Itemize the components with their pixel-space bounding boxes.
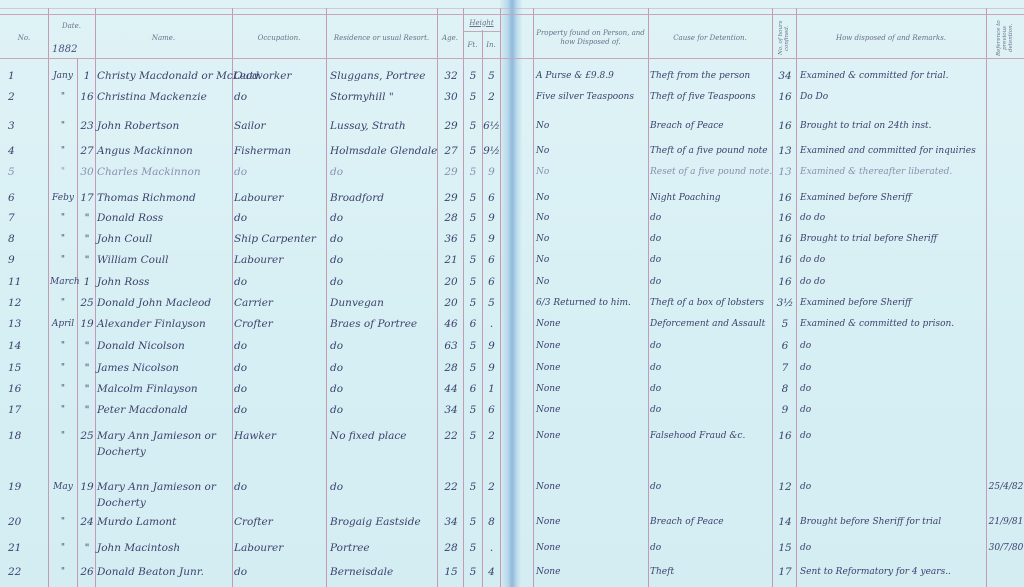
cell-day: " (79, 362, 95, 374)
cell-in: 5 (483, 297, 500, 309)
cell-hours: 15 (774, 542, 796, 554)
cell-age: 30 (439, 91, 463, 103)
cell-in: 5 (483, 70, 500, 82)
cell-occupation: Fisherman (234, 145, 326, 157)
cell-no: 16 (8, 383, 38, 395)
col-rule (95, 8, 96, 587)
cell-day: 30 (79, 166, 95, 178)
col-rule (437, 8, 438, 587)
cell-month: " (50, 145, 76, 157)
cell-month: April (50, 318, 76, 330)
cell-disposal: Brought to trial before Sheriff (800, 233, 986, 245)
cell-disposal: do (800, 430, 986, 442)
cell-month: " (50, 404, 76, 416)
cell-ref: 21/9/81 (988, 516, 1024, 528)
cell-name-continued: Docherty (97, 446, 146, 458)
cell-disposal: do (800, 340, 986, 352)
cell-occupation: Sailor (234, 120, 326, 132)
cell-day: " (79, 340, 95, 352)
cell-cause: do (650, 212, 772, 224)
cell-month: " (50, 91, 76, 103)
cell-month: " (50, 383, 76, 395)
cell-disposal: do (800, 542, 986, 554)
cell-name: John Macintosh (97, 542, 232, 554)
cell-day: 1 (79, 70, 95, 82)
header-year: 1882 (52, 44, 77, 55)
cell-name-continued: Docherty (97, 497, 146, 509)
header-residence: Residence or usual Resort. (326, 18, 437, 58)
cell-occupation: do (234, 362, 326, 374)
cell-name: Malcolm Finlayson (97, 383, 232, 395)
cell-disposal: do (800, 383, 986, 395)
cell-cause: Deforcement and Assault (650, 318, 772, 330)
cell-ft: 5 (464, 542, 482, 554)
cell-no: 1 (8, 70, 38, 82)
cell-occupation: Outworker (234, 70, 326, 82)
cell-month: May (50, 481, 76, 493)
cell-disposal: Brought before Sheriff for trial (800, 516, 986, 528)
cell-ft: 5 (464, 481, 482, 493)
cell-residence: do (330, 212, 437, 224)
col-rule (326, 8, 327, 587)
header-property: Property found on Person, and how Dispos… (533, 18, 648, 58)
cell-in: . (483, 542, 500, 554)
cell-day: 19 (79, 481, 95, 493)
cell-age: 29 (439, 192, 463, 204)
cell-disposal: Examined & committed for trial. (800, 70, 986, 82)
cell-name: William Coull (97, 254, 232, 266)
cell-no: 7 (8, 212, 38, 224)
cell-occupation: do (234, 566, 326, 578)
cell-no: 3 (8, 120, 38, 132)
header-no: No. (0, 18, 48, 58)
cell-no: 14 (8, 340, 38, 352)
cell-in: 4 (483, 566, 500, 578)
header-hours-confined: No. of hours confined. (772, 18, 796, 58)
cell-day: 16 (79, 91, 95, 103)
header-reference: Reference to previous detention. (986, 18, 1024, 58)
cell-disposal: do do (800, 212, 986, 224)
cell-in: 6 (483, 254, 500, 266)
cell-residence: do (330, 481, 437, 493)
cell-property: No (536, 254, 648, 266)
cell-age: 34 (439, 516, 463, 528)
cell-occupation: do (234, 212, 326, 224)
cell-occupation: Crofter (234, 318, 326, 330)
cell-month: " (50, 212, 76, 224)
cell-name: Donald John Macleod (97, 297, 232, 309)
cell-ft: 5 (464, 404, 482, 416)
cell-cause: do (650, 481, 772, 493)
cell-age: 44 (439, 383, 463, 395)
col-rule (648, 8, 649, 587)
cell-cause: Theft of a five pound note (650, 145, 772, 157)
cell-age: 46 (439, 318, 463, 330)
cell-day: " (79, 542, 95, 554)
cell-ref: 25/4/82 (988, 481, 1024, 493)
cell-ft: 5 (464, 516, 482, 528)
cell-age: 29 (439, 166, 463, 178)
cell-occupation: Labourer (234, 254, 326, 266)
cell-ft: 5 (464, 566, 482, 578)
cell-hours: 8 (774, 383, 796, 395)
cell-residence: Stormyhill " (330, 91, 437, 103)
cell-disposal: do (800, 362, 986, 374)
cell-name: Alexander Finlayson (97, 318, 232, 330)
cell-residence: do (330, 383, 437, 395)
cell-occupation: do (234, 166, 326, 178)
cell-ft: 5 (464, 362, 482, 374)
cell-ft: 5 (464, 297, 482, 309)
cell-no: 5 (8, 166, 38, 178)
cell-residence: Lussay, Strath (330, 120, 437, 132)
cell-residence: Broadford (330, 192, 437, 204)
cell-no: 11 (8, 276, 38, 288)
cell-residence: do (330, 340, 437, 352)
cell-property: None (536, 318, 648, 330)
cell-ft: 5 (464, 233, 482, 245)
cell-occupation: do (234, 340, 326, 352)
cell-ft: 5 (464, 145, 482, 157)
cell-month: " (50, 542, 76, 554)
cell-month: " (50, 362, 76, 374)
cell-no: 19 (8, 481, 38, 493)
cell-occupation: do (234, 276, 326, 288)
cell-property: No (536, 276, 648, 288)
cell-property: None (536, 542, 648, 554)
cell-no: 15 (8, 362, 38, 374)
cell-name: Christina Mackenzie (97, 91, 232, 103)
cell-no: 21 (8, 542, 38, 554)
cell-age: 28 (439, 212, 463, 224)
cell-age: 36 (439, 233, 463, 245)
header-date: Date. (48, 14, 95, 38)
header-height-ft: Ft. (463, 32, 482, 58)
cell-disposal: Sent to Reformatory for 4 years.. (800, 566, 986, 578)
cell-occupation: Hawker (234, 430, 326, 442)
cell-cause: Theft of a box of lobsters (650, 297, 772, 309)
cell-property: No (536, 120, 648, 132)
cell-residence: Braes of Portree (330, 318, 437, 330)
cell-no: 2 (8, 91, 38, 103)
cell-cause: do (650, 276, 772, 288)
cell-month: " (50, 233, 76, 245)
cell-no: 22 (8, 566, 38, 578)
cell-disposal: Examined before Sheriff (800, 297, 986, 309)
cell-property: None (536, 516, 648, 528)
cell-name: John Coull (97, 233, 232, 245)
cell-month: " (50, 516, 76, 528)
cell-occupation: do (234, 383, 326, 395)
cell-occupation: Crofter (234, 516, 326, 528)
cell-age: 21 (439, 254, 463, 266)
cell-name: Murdo Lamont (97, 516, 232, 528)
cell-cause: do (650, 362, 772, 374)
cell-age: 34 (439, 404, 463, 416)
cell-no: 18 (8, 430, 38, 442)
cell-ft: 5 (464, 70, 482, 82)
cell-property: 6/3 Returned to him. (536, 297, 648, 309)
cell-month: " (50, 340, 76, 352)
header-disposal: How disposed of and Remarks. (796, 18, 986, 58)
cell-in: . (483, 318, 500, 330)
cell-day: 24 (79, 516, 95, 528)
header-top-rule (0, 14, 1024, 15)
cell-day: " (79, 233, 95, 245)
cell-no: 13 (8, 318, 38, 330)
header-height-in: In. (482, 32, 500, 58)
cell-cause: do (650, 383, 772, 395)
cell-property: No (536, 166, 648, 178)
cell-hours: 16 (774, 212, 796, 224)
cell-ft: 5 (464, 276, 482, 288)
cell-name: Peter Macdonald (97, 404, 232, 416)
cell-hours: 13 (774, 166, 796, 178)
cell-no: 17 (8, 404, 38, 416)
cell-month: " (50, 297, 76, 309)
cell-property: No (536, 145, 648, 157)
cell-hours: 13 (774, 145, 796, 157)
cell-month: " (50, 566, 76, 578)
cell-age: 29 (439, 120, 463, 132)
cell-occupation: do (234, 481, 326, 493)
cell-no: 8 (8, 233, 38, 245)
cell-no: 4 (8, 145, 38, 157)
cell-occupation: Labourer (234, 542, 326, 554)
cell-month: March (50, 276, 76, 288)
col-rule (796, 8, 797, 587)
cell-cause: Breach of Peace (650, 120, 772, 132)
top-rule (0, 8, 1024, 9)
cell-residence: Dunvegan (330, 297, 437, 309)
cell-residence: do (330, 166, 437, 178)
cell-day: 25 (79, 297, 95, 309)
cell-cause: Falsehood Fraud &c. (650, 430, 772, 442)
cell-hours: 16 (774, 276, 796, 288)
cell-no: 12 (8, 297, 38, 309)
cell-name: Charles Mackinnon (97, 166, 232, 178)
cell-in: 1 (483, 383, 500, 395)
right-page (508, 0, 1024, 587)
cell-in: 9½ (483, 145, 500, 157)
cell-month: " (50, 120, 76, 132)
cell-ft: 5 (464, 166, 482, 178)
cell-name: Donald Beaton Junr. (97, 566, 232, 578)
cell-day: 23 (79, 120, 95, 132)
cell-name: Donald Ross (97, 212, 232, 224)
cell-disposal: Examined before Sheriff (800, 192, 986, 204)
header-height: Height (463, 16, 500, 30)
cell-cause: do (650, 404, 772, 416)
cell-age: 32 (439, 70, 463, 82)
cell-ft: 5 (464, 120, 482, 132)
cell-occupation: do (234, 91, 326, 103)
cell-hours: 3½ (774, 297, 796, 309)
cell-no: 20 (8, 516, 38, 528)
cell-in: 9 (483, 340, 500, 352)
cell-day: 26 (79, 566, 95, 578)
cell-property: None (536, 481, 648, 493)
cell-ft: 6 (464, 383, 482, 395)
cell-hours: 14 (774, 516, 796, 528)
cell-residence: No fixed place (330, 430, 437, 442)
cell-residence: Portree (330, 542, 437, 554)
cell-occupation: Ship Carpenter (234, 233, 326, 245)
cell-hours: 9 (774, 404, 796, 416)
cell-name: Donald Nicolson (97, 340, 232, 352)
cell-residence: Berneisdale (330, 566, 437, 578)
cell-day: " (79, 212, 95, 224)
cell-name: John Ross (97, 276, 232, 288)
cell-occupation: Carrier (234, 297, 326, 309)
cell-age: 20 (439, 276, 463, 288)
cell-name: Mary Ann Jamieson or (97, 430, 232, 442)
cell-name: James Nicolson (97, 362, 232, 374)
book-spine (500, 0, 522, 587)
cell-residence: do (330, 404, 437, 416)
cell-in: 6 (483, 276, 500, 288)
cell-disposal: do (800, 404, 986, 416)
cell-residence: do (330, 362, 437, 374)
cell-cause: Night Poaching (650, 192, 772, 204)
cell-ft: 5 (464, 340, 482, 352)
cell-hours: 16 (774, 91, 796, 103)
header-name: Name. (95, 18, 232, 58)
cell-day: 27 (79, 145, 95, 157)
cell-disposal: Examined & thereafter liberated. (800, 166, 986, 178)
cell-age: 27 (439, 145, 463, 157)
cell-name: Angus Mackinnon (97, 145, 232, 157)
cell-residence: do (330, 254, 437, 266)
cell-disposal: Examined & committed to prison. (800, 318, 986, 330)
cell-ref: 30/7/80 (988, 542, 1024, 554)
cell-name: Thomas Richmond (97, 192, 232, 204)
header-cause: Cause for Detention. (648, 18, 772, 58)
cell-in: 9 (483, 166, 500, 178)
cell-property: None (536, 566, 648, 578)
cell-hours: 5 (774, 318, 796, 330)
cell-age: 15 (439, 566, 463, 578)
cell-property: None (536, 362, 648, 374)
cell-cause: Breach of Peace (650, 516, 772, 528)
cell-day: " (79, 254, 95, 266)
col-rule (48, 8, 49, 587)
cell-in: 2 (483, 481, 500, 493)
cell-hours: 16 (774, 120, 796, 132)
cell-no: 9 (8, 254, 38, 266)
cell-in: 8 (483, 516, 500, 528)
cell-day: " (79, 383, 95, 395)
cell-in: 6 (483, 192, 500, 204)
col-rule (533, 8, 534, 587)
cell-disposal: Examined and committed for inquiries (800, 145, 986, 157)
cell-in: 9 (483, 233, 500, 245)
cell-hours: 7 (774, 362, 796, 374)
cell-no: 6 (8, 192, 38, 204)
cell-residence: do (330, 233, 437, 245)
cell-disposal: do do (800, 254, 986, 266)
cell-property: A Purse & £9.8.9 (536, 70, 648, 82)
cell-age: 22 (439, 430, 463, 442)
cell-property: Five silver Teaspoons (536, 91, 648, 103)
cell-age: 20 (439, 297, 463, 309)
cell-day: 25 (79, 430, 95, 442)
header-age: Age. (437, 18, 463, 58)
cell-age: 63 (439, 340, 463, 352)
cell-property: None (536, 383, 648, 395)
cell-day: 1 (79, 276, 95, 288)
cell-property: No (536, 192, 648, 204)
cell-cause: do (650, 233, 772, 245)
cell-residence: Brogaig Eastside (330, 516, 437, 528)
col-rule (232, 8, 233, 587)
cell-hours: 17 (774, 566, 796, 578)
cell-ft: 5 (464, 212, 482, 224)
cell-in: 9 (483, 362, 500, 374)
cell-name: John Robertson (97, 120, 232, 132)
cell-name: Mary Ann Jamieson or (97, 481, 232, 493)
cell-month: Feby (50, 192, 76, 204)
cell-age: 28 (439, 362, 463, 374)
cell-occupation: Labourer (234, 192, 326, 204)
col-rule (500, 8, 501, 587)
cell-property: None (536, 430, 648, 442)
cell-day: 17 (79, 192, 95, 204)
cell-hours: 16 (774, 233, 796, 245)
cell-cause: do (650, 542, 772, 554)
cell-ft: 5 (464, 192, 482, 204)
cell-in: 6½ (483, 120, 500, 132)
cell-in: 6 (483, 404, 500, 416)
cell-property: No (536, 212, 648, 224)
cell-hours: 16 (774, 254, 796, 266)
cell-property: No (536, 233, 648, 245)
cell-month: " (50, 254, 76, 266)
cell-hours: 6 (774, 340, 796, 352)
col-rule (986, 8, 987, 587)
cell-month: " (50, 430, 76, 442)
cell-hours: 16 (774, 192, 796, 204)
col-rule (77, 58, 78, 587)
cell-property: None (536, 404, 648, 416)
col-rule (772, 8, 773, 587)
cell-cause: Theft (650, 566, 772, 578)
cell-disposal: Brought to trial on 24th inst. (800, 120, 986, 132)
cell-residence: Holmsdale Glendale (330, 145, 437, 157)
cell-in: 9 (483, 212, 500, 224)
cell-month: " (50, 166, 76, 178)
cell-ft: 5 (464, 254, 482, 266)
cell-age: 22 (439, 481, 463, 493)
cell-ft: 5 (464, 91, 482, 103)
cell-age: 28 (439, 542, 463, 554)
cell-hours: 34 (774, 70, 796, 82)
cell-property: None (536, 340, 648, 352)
cell-disposal: do do (800, 276, 986, 288)
cell-day: " (79, 404, 95, 416)
cell-cause: Theft of five Teaspoons (650, 91, 772, 103)
cell-residence: Sluggans, Portree (330, 70, 437, 82)
cell-cause: do (650, 340, 772, 352)
header-bottom-rule (0, 58, 1024, 59)
cell-cause: Reset of a five pound note. (650, 166, 772, 178)
cell-ft: 6 (464, 318, 482, 330)
cell-hours: 12 (774, 481, 796, 493)
cell-cause: do (650, 254, 772, 266)
cell-disposal: do (800, 481, 986, 493)
cell-residence: do (330, 276, 437, 288)
cell-name: Christy Macdonald or McLeod (97, 70, 232, 82)
